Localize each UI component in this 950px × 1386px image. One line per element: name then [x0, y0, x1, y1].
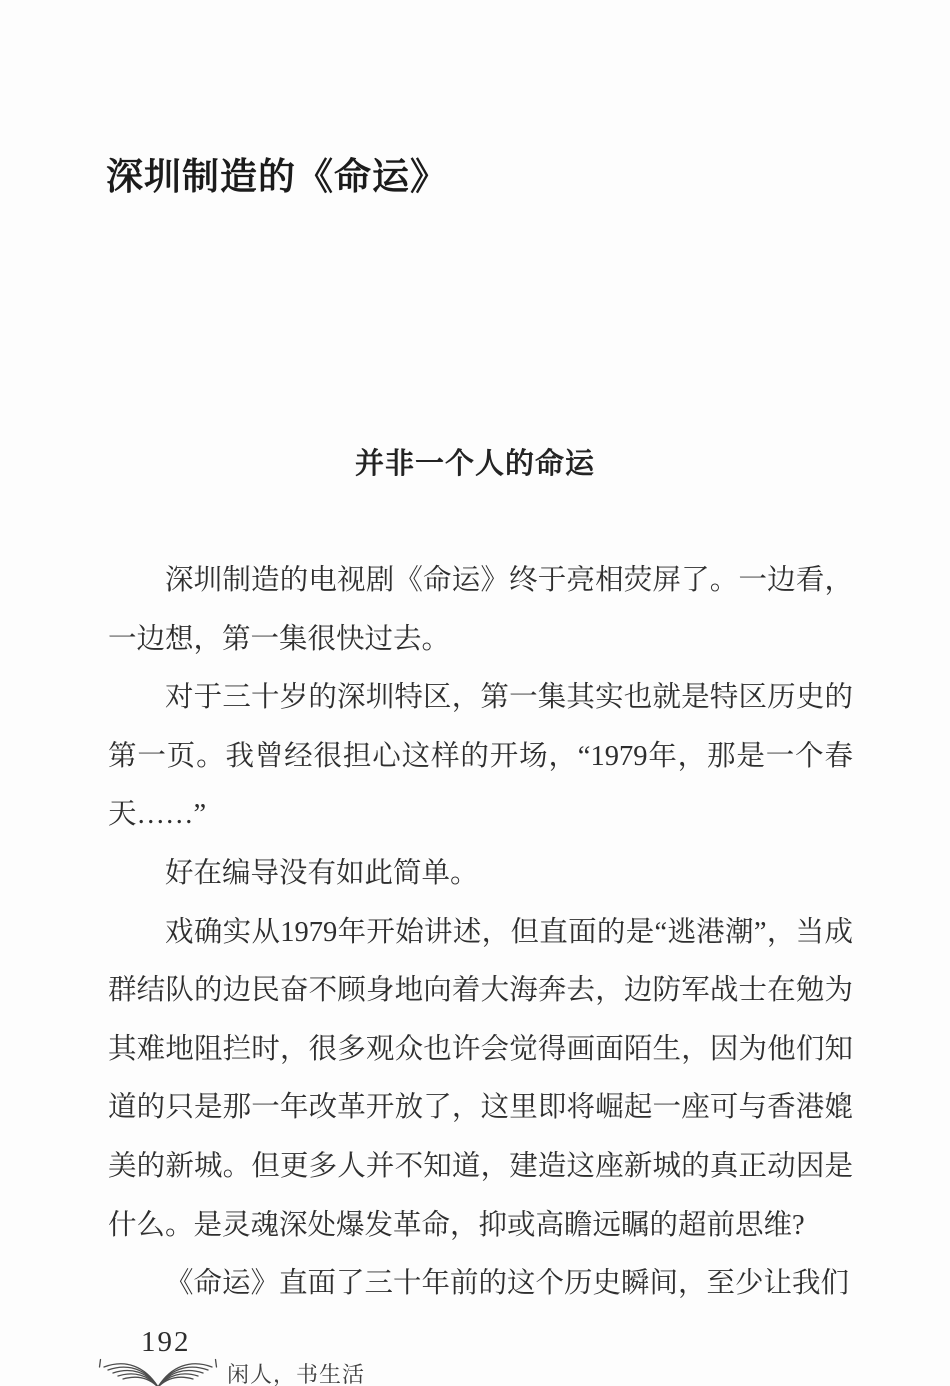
page-body: 深圳制造的电视剧《命运》终于亮相荧屏了。一边看，一边想，第一集很快过去。 对于三…	[108, 552, 853, 1314]
chapter-title: 深圳制造的《命运》	[106, 146, 448, 200]
section-heading: 并非一个人的命运	[0, 441, 950, 482]
open-book-logo-icon	[97, 1354, 219, 1386]
paragraph: 戏确实从1979年开始讲述，但直面的是“逃港潮”，当成群结队的边民奋不顾身地向着…	[108, 904, 853, 1256]
publisher-imprint: 闲人，书生活	[97, 1354, 365, 1386]
paragraph: 好在编导没有如此简单。	[108, 845, 853, 904]
imprint-label: 闲人，书生活	[227, 1358, 365, 1386]
paragraph: 深圳制造的电视剧《命运》终于亮相荧屏了。一边看，一边想，第一集很快过去。	[108, 552, 853, 669]
paragraph: 《命运》直面了三十年前的这个历史瞬间，至少让我们	[108, 1255, 853, 1314]
paragraph: 对于三十岁的深圳特区，第一集其实也就是特区历史的第一页。我曾经很担心这样的开场，…	[108, 669, 853, 845]
book-page: 深圳制造的《命运》 并非一个人的命运 深圳制造的电视剧《命运》终于亮相荧屏了。一…	[0, 0, 950, 1386]
